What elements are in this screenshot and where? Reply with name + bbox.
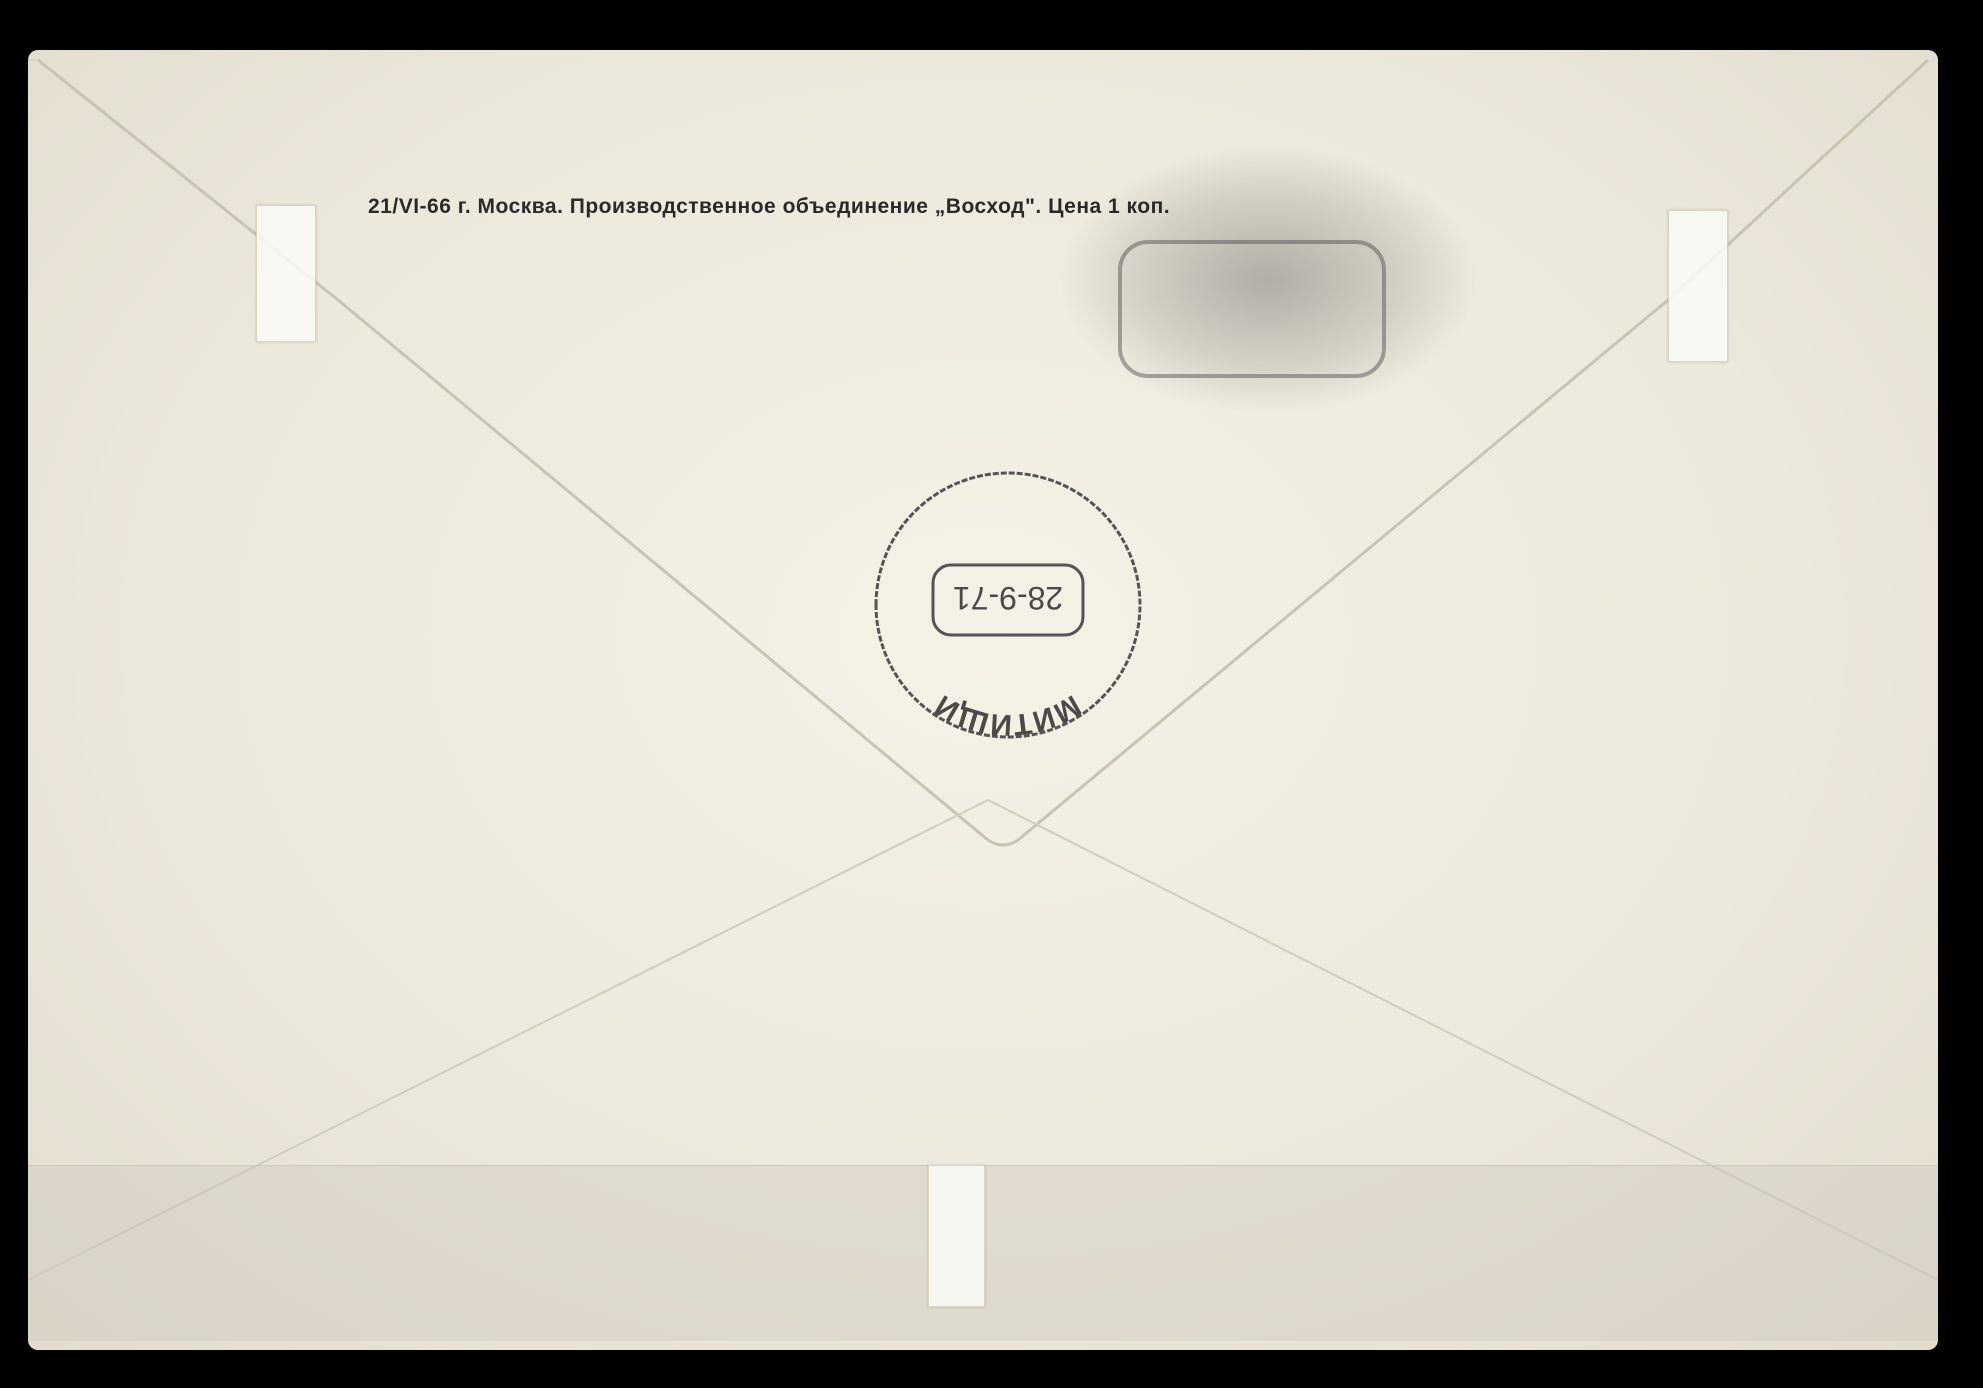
tape-strip-bottom (928, 1165, 985, 1307)
tape-strip-right (1668, 210, 1728, 362)
tape-strip-left (256, 205, 316, 342)
ink-smudge-frame (1118, 240, 1386, 378)
svg-text:28-9-71: 28-9-71 (953, 580, 1063, 616)
postmark: МИТИЩИ 28-9-71 (858, 455, 1158, 755)
printer-imprint: 21/VI-66 г. Москва. Производственное объ… (368, 195, 1170, 219)
envelope-back: 21/VI-66 г. Москва. Производственное объ… (28, 50, 1938, 1350)
svg-text:МИТИЩИ: МИТИЩИ (930, 688, 1086, 741)
